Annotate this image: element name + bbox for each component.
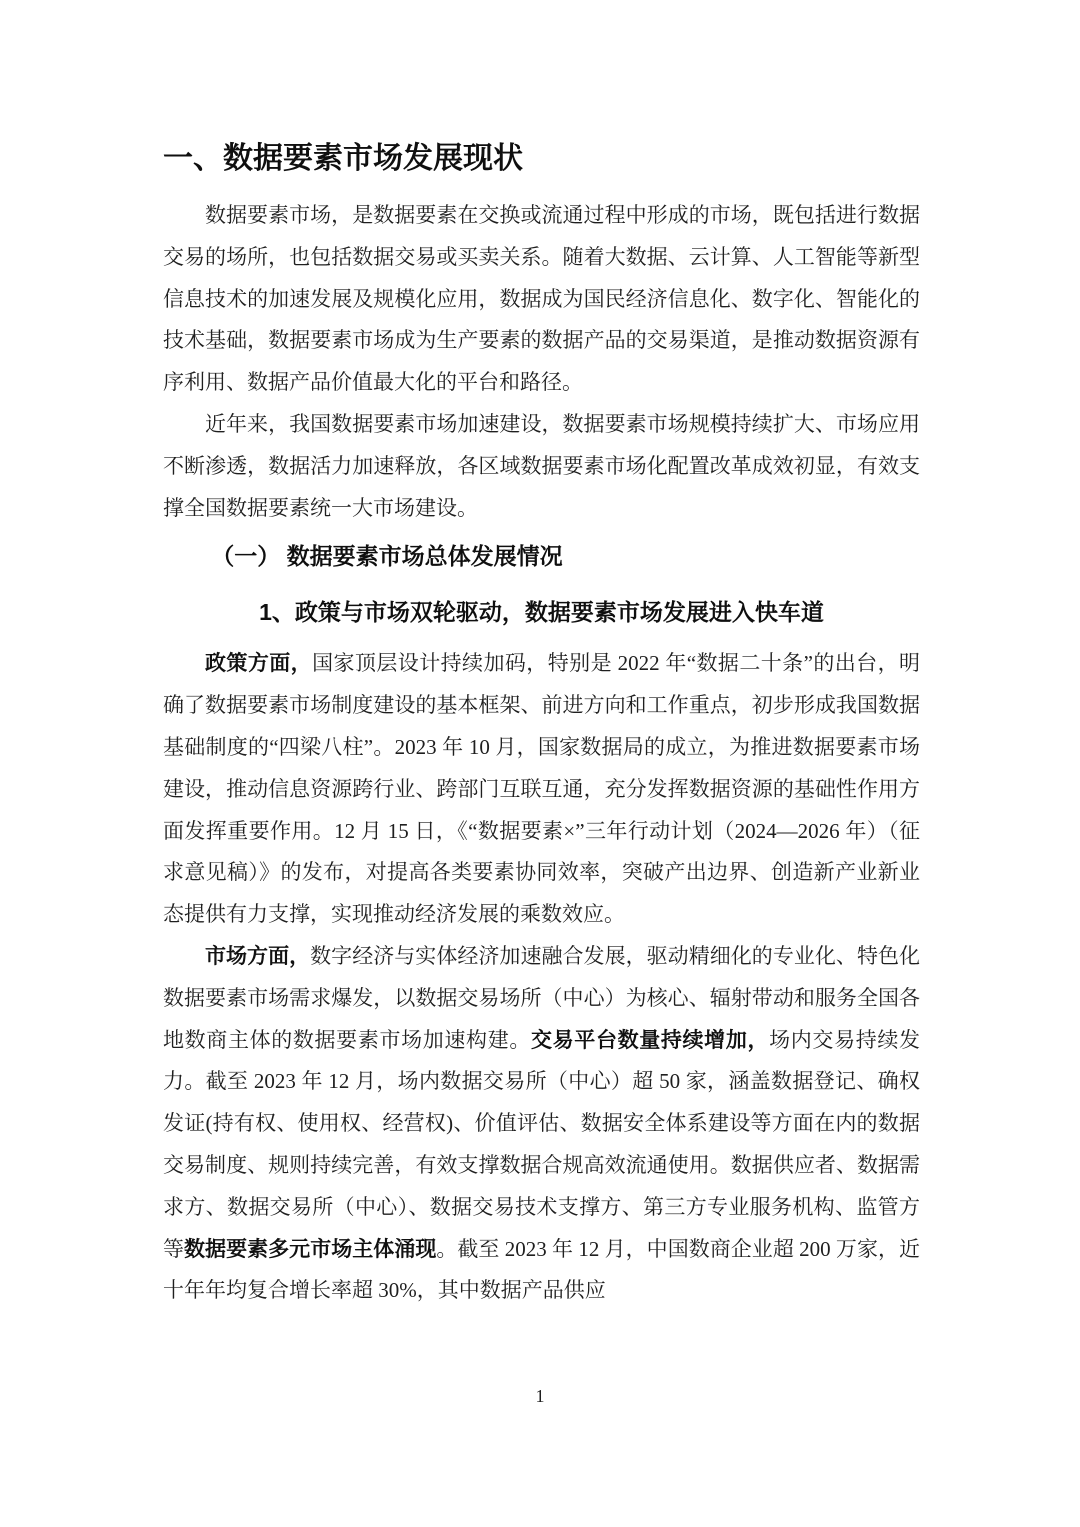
paragraph-3: 政策方面，国家顶层设计持续加码，特别是 2022 年“数据二十条”的出台，明确了… xyxy=(163,643,920,936)
bold-run-market-entities: 数据要素多元市场主体涌现 xyxy=(184,1238,436,1261)
text-run: 数据要素市场，是数据要素在交换或流通过程中形成的市场，既包括进行数据交易的场所，… xyxy=(163,203,920,394)
text-run: 国家顶层设计持续加码，特别是 2022 年“数据二十条”的出台，明确了数据要素市… xyxy=(163,651,920,926)
bold-lead-policy: 政策方面， xyxy=(205,652,312,675)
text-run: 场内交易持续发力。截至 2023 年 12 月，场内数据交易所（中心）超 50 … xyxy=(163,1028,920,1261)
section-heading: （一） 数据要素市场总体发展情况 xyxy=(163,535,920,577)
bold-run-trading-platforms: 交易平台数量持续增加， xyxy=(531,1029,769,1052)
page-number: 1 xyxy=(0,1386,1080,1407)
text-run: 近年来，我国数据要素市场加速建设，数据要素市场规模持续扩大、市场应用不断渗透，数… xyxy=(163,412,920,520)
subsection-heading: 1、政策与市场双轮驱动，数据要素市场发展进入快车道 xyxy=(163,591,920,633)
bold-lead-market: 市场方面， xyxy=(205,945,310,968)
main-heading: 一、数据要素市场发展现状 xyxy=(163,138,920,180)
paragraph-2: 近年来，我国数据要素市场加速建设，数据要素市场规模持续扩大、市场应用不断渗透，数… xyxy=(163,404,920,529)
paragraph-1: 数据要素市场，是数据要素在交换或流通过程中形成的市场，既包括进行数据交易的场所，… xyxy=(163,195,920,404)
document-content: 一、数据要素市场发展现状 数据要素市场，是数据要素在交换或流通过程中形成的市场，… xyxy=(163,138,920,1312)
document-page: 一、数据要素市场发展现状 数据要素市场，是数据要素在交换或流通过程中形成的市场，… xyxy=(0,0,1080,1527)
paragraph-4: 市场方面，数字经济与实体经济加速融合发展，驱动精细化的专业化、特色化数据要素市场… xyxy=(163,936,920,1312)
